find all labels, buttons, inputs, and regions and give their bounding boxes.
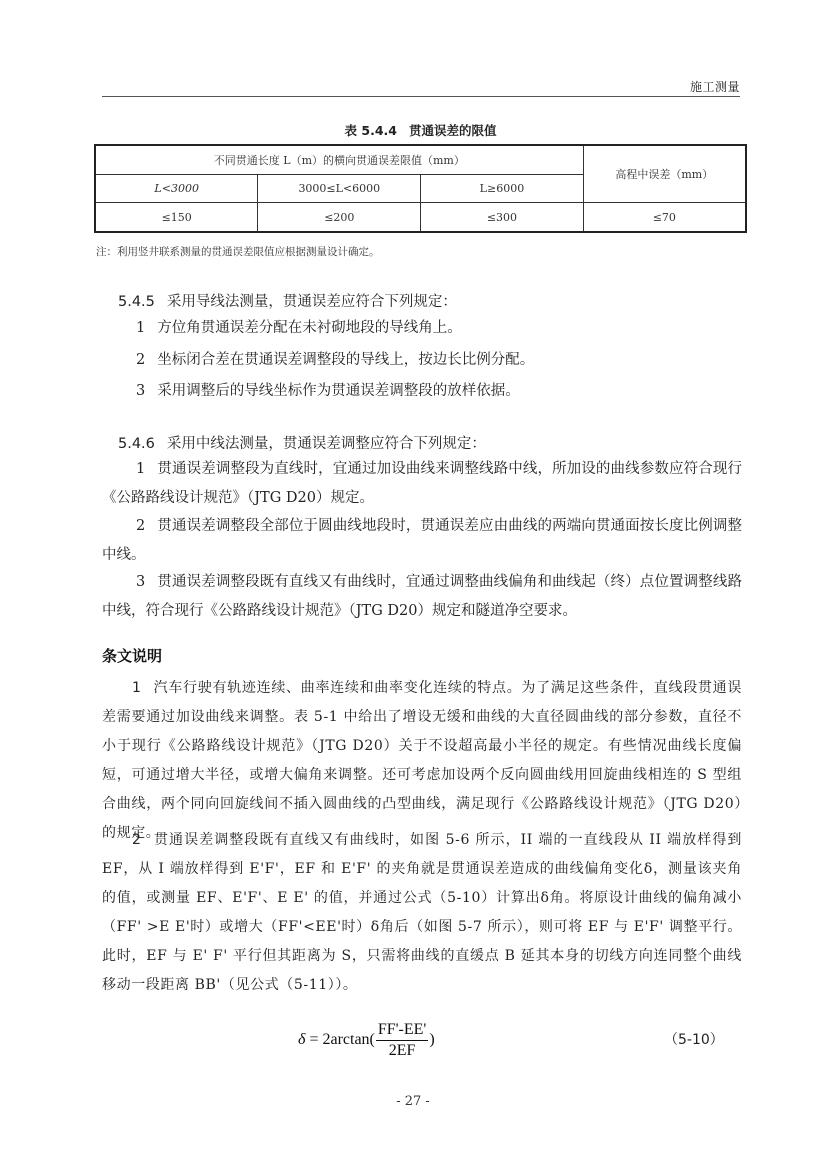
table-cell: ≤70	[583, 203, 746, 233]
item-text: 贯通误差调整段既有直线又有曲线时，宜通过调整曲线偏角和曲线起（终）点位置调整线路…	[102, 574, 742, 619]
clause-number: 5.4.5	[118, 294, 155, 310]
explanation-paragraph: 2贯通误差调整段既有直线又有曲线时，如图 5-6 所示，II 端的一直线段从 I…	[102, 826, 742, 1000]
item-text: 坐标闭合差在贯通误差调整段的导线上，按边长比例分配。	[157, 352, 534, 368]
clause-number: 5.4.6	[118, 436, 155, 452]
clause-545-item: 2坐标闭合差在贯通误差调整段的导线上，按边长比例分配。	[102, 346, 742, 375]
formula-denominator: 2EF	[389, 1041, 416, 1061]
page-number: - 27 -	[0, 1094, 826, 1109]
clause-heading-546: 5.4.6采用中线法测量，贯通误差调整应符合下列规定：	[118, 432, 486, 453]
table-subheader: 3000≤L<6000	[258, 175, 421, 203]
item-number: 3	[136, 574, 145, 590]
explanation-paragraph: 1汽车行驶有轨迹连续、曲率连续和曲率变化连续的特点。为了满足这些条件，直线段贯通…	[102, 674, 742, 848]
paragraph-number: 2	[132, 832, 142, 848]
item-text: 采用调整后的导线坐标作为贯通误差调整段的放样依据。	[157, 383, 520, 399]
table-caption-title: 贯通误差的限值	[409, 123, 497, 138]
clause-546-item: 2贯通误差调整段全部位于圆曲线地段时，贯通误差应由曲线的两端向贯通面按长度比例调…	[102, 512, 742, 570]
item-number: 1	[136, 461, 145, 477]
formula-close: )	[429, 1031, 434, 1049]
table-note: 注：利用竖井联系测量的贯通误差限值应根据测量设计确定。	[96, 244, 380, 259]
clause-title: 采用中线法测量，贯通误差调整应符合下列规定：	[167, 436, 486, 452]
formula-fraction: FF'-EE' 2EF	[376, 1020, 428, 1061]
paragraph-text: 贯通误差调整段既有直线又有曲线时，如图 5-6 所示，II 端的一直线段从 II…	[102, 832, 742, 993]
clause-545-item: 3采用调整后的导线坐标作为贯通误差调整段的放样依据。	[102, 377, 742, 406]
item-text: 贯通误差调整段全部位于圆曲线地段时，贯通误差应由曲线的两端向贯通面按长度比例调整…	[102, 518, 742, 563]
item-number: 2	[136, 352, 145, 368]
table-cell: ≤150	[95, 203, 258, 233]
table-caption-number: 表 5.4.4	[345, 123, 397, 138]
running-head: 施工测量	[102, 78, 740, 95]
explanation-title: 条文说明	[102, 645, 162, 666]
clause-545-item: 1方位角贯通误差分配在未衬砌地段的导线角上。	[102, 314, 742, 343]
clause-546-item: 3贯通误差调整段既有直线又有曲线时，宜通过调整曲线偏角和曲线起（终）点位置调整线…	[102, 568, 742, 626]
table-subheader: L<3000	[95, 175, 258, 203]
paragraph-number: 1	[132, 680, 142, 696]
table-cell: ≤200	[258, 203, 421, 233]
item-number: 3	[136, 383, 145, 399]
tolerance-limits-table: 不同贯通长度 L（m）的横向贯通误差限值（mm） 高程中误差（mm） L<300…	[94, 144, 747, 233]
clause-heading-545: 5.4.5采用导线法测量，贯通误差应符合下列规定：	[118, 290, 457, 311]
table-header-lateral: 不同贯通长度 L（m）的横向贯通误差限值（mm）	[95, 145, 583, 175]
formula-number: （5-10）	[664, 1029, 724, 1049]
table-header-elevation: 高程中误差（mm）	[583, 145, 746, 203]
table-subheader: L≥6000	[421, 175, 583, 203]
formula-5-10: δ = 2arctan( FF'-EE' 2EF )	[298, 1015, 435, 1065]
item-number: 1	[136, 320, 145, 336]
item-number: 2	[136, 518, 145, 534]
table-caption: 表 5.4.4贯通误差的限值	[94, 121, 747, 139]
item-text: 方位角贯通误差分配在未衬砌地段的导线角上。	[157, 320, 462, 336]
formula-numerator: FF'-EE'	[376, 1020, 428, 1041]
formula-eq: = 2arctan(	[309, 1031, 374, 1049]
header-rule	[102, 96, 740, 97]
formula-lhs: δ	[298, 1031, 305, 1049]
table-cell: ≤300	[421, 203, 583, 233]
paragraph-text: 汽车行驶有轨迹连续、曲率连续和曲率变化连续的特点。为了满足这些条件，直线段贯通误…	[102, 680, 742, 841]
item-text: 贯通误差调整段为直线时，宜通过加设曲线来调整线路中线，所加设的曲线参数应符合现行…	[102, 461, 742, 506]
clause-title: 采用导线法测量，贯通误差应符合下列规定：	[167, 294, 457, 310]
clause-546-item: 1贯通误差调整段为直线时，宜通过加设曲线来调整线路中线，所加设的曲线参数应符合现…	[102, 455, 742, 513]
